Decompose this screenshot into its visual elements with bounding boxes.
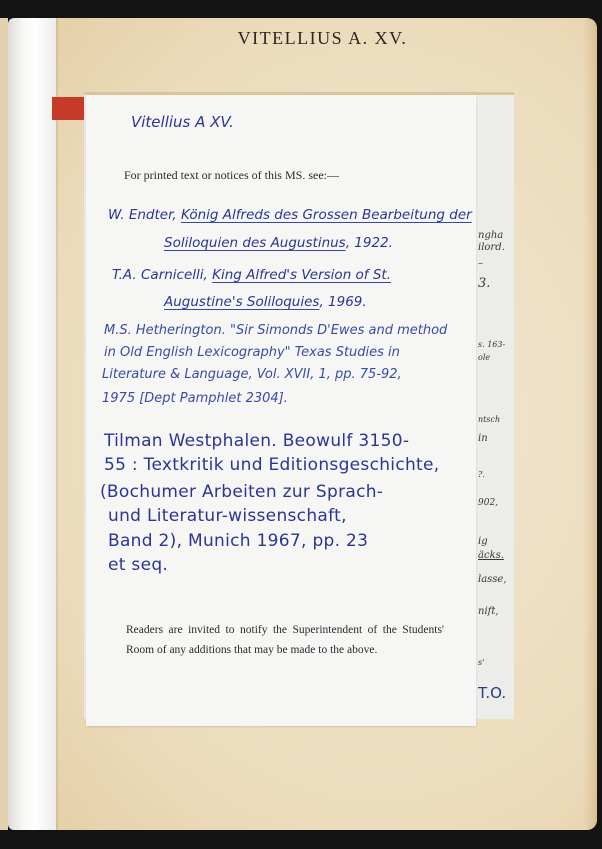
- reference-westphalen-line-6: et seq.: [108, 555, 168, 575]
- reference-endter-line-1: W. Endter, König Alfreds des Grossen Bea…: [108, 207, 472, 223]
- margin-fragment: lasse,: [478, 574, 507, 585]
- reference-carnicelli-line-2: Augustine's Soliloquies, 1969.: [164, 294, 367, 310]
- reference-year: , 1922.: [346, 235, 393, 251]
- reference-westphalen-line-4: und Literatur-wissenschaft,: [108, 506, 347, 526]
- shelfmark-header: VITELLIUS A. XV.: [48, 28, 597, 49]
- reference-year: , 1969.: [319, 294, 366, 310]
- reference-westphalen-line-3: (Bochumer Arbeiten zur Sprach-: [100, 482, 383, 502]
- reference-hetherington-line-3: Literature & Language, Vol. XVII, 1, pp.…: [102, 367, 402, 382]
- margin-fragment: ntsch: [478, 415, 500, 424]
- margin-fragment: 902,: [478, 498, 498, 508]
- red-marker-tab: [52, 97, 86, 120]
- reference-title: König Alfreds des Grossen Bearbeitung de…: [181, 207, 472, 223]
- printed-heading: For printed text or notices of this MS. …: [124, 168, 339, 183]
- binding-guard-strip: [8, 18, 56, 830]
- margin-fragment: 3.: [478, 276, 490, 291]
- underlying-slip-margin-notes: ngha ilord. – 3. s. 163- ole ntsch in ?.…: [478, 210, 516, 720]
- margin-fragment: äcks.: [478, 550, 504, 561]
- reference-title: Soliloquien des Augustinus: [164, 235, 346, 251]
- reference-westphalen-line-2: 55 : Textkritik und Editionsgeschichte,: [104, 455, 439, 475]
- reference-hetherington-line-2: in Old English Lexicography" Texas Studi…: [104, 345, 400, 360]
- margin-fragment: s. 163-: [478, 340, 505, 349]
- turn-over-mark: T.O.: [478, 684, 506, 702]
- reference-title: Augustine's Soliloquies: [164, 294, 319, 310]
- margin-fragment: in: [478, 433, 488, 444]
- margin-fragment: –: [478, 258, 483, 269]
- handwritten-shelfmark: Vitellius A XV.: [131, 113, 234, 131]
- reference-westphalen-line-5: Band 2), Munich 1967, pp. 23: [108, 531, 368, 551]
- margin-fragment: s': [478, 658, 484, 667]
- page-left-edge: [0, 18, 8, 830]
- readers-notice: Readers are invited to notify the Superi…: [126, 620, 444, 660]
- margin-fragment: ?.: [478, 470, 485, 479]
- reference-author: T.A. Carnicelli,: [112, 267, 212, 283]
- margin-fragment: ole: [478, 353, 490, 362]
- margin-fragment: ngha: [478, 230, 503, 241]
- reference-westphalen-line-1: Tilman Westphalen. Beowulf 3150-: [104, 431, 409, 451]
- reference-hetherington-line-1: M.S. Hetherington. "Sir Simonds D'Ewes a…: [104, 323, 447, 338]
- page-right-edge: [583, 18, 597, 830]
- reference-carnicelli-line-1: T.A. Carnicelli, King Alfred's Version o…: [112, 267, 391, 283]
- margin-fragment: ilord.: [478, 242, 505, 253]
- reference-title: King Alfred's Version of St.: [212, 267, 391, 283]
- margin-fragment: nift,: [478, 606, 499, 617]
- scan-viewport: VITELLIUS A. XV. ngha ilord. – 3. s. 163…: [0, 0, 602, 849]
- reference-endter-line-2: Soliloquien des Augustinus, 1922.: [164, 235, 393, 251]
- reference-slip: Vitellius A XV. For printed text or noti…: [86, 95, 476, 726]
- margin-fragment: ig: [478, 536, 488, 547]
- reference-hetherington-line-4: 1975 [Dept Pamphlet 2304].: [102, 391, 288, 406]
- reference-author: W. Endter,: [108, 207, 181, 223]
